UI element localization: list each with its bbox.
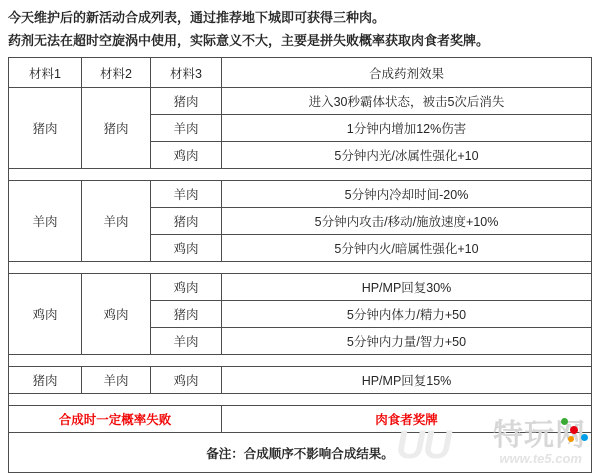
synthesis-table: 材料1 材料2 材料3 合成药剂效果 猪肉 猪肉 猪肉 进入30秒霸体状态，被击…: [8, 57, 592, 473]
mixed-mat3: 鸡肉: [151, 367, 222, 394]
group3-row2-effect: 5分钟内体力/精力+50: [222, 301, 592, 328]
spacer-row: [9, 169, 592, 181]
group2-row3-mat3: 鸡肉: [151, 235, 222, 262]
group2-row1-effect: 5分钟内冷却时间-20%: [222, 181, 592, 208]
group2-row1-mat3: 羊肉: [151, 181, 222, 208]
intro-line-2: 药剂无法在超时空旋涡中使用，实际意义不大，主要是拼失败概率获取肉食者奖牌。: [8, 29, 592, 52]
group2-mat1: 羊肉: [9, 181, 82, 262]
spacer-row: [9, 394, 592, 406]
spacer-row: [9, 355, 592, 367]
group3-mat2: 鸡肉: [82, 274, 151, 355]
group3-mat1: 鸡肉: [9, 274, 82, 355]
table-row: 羊肉 羊肉 羊肉 5分钟内冷却时间-20%: [9, 181, 592, 208]
mixed-mat2: 羊肉: [82, 367, 151, 394]
table-row-mixed: 猪肉 羊肉 鸡肉 HP/MP回复15%: [9, 367, 592, 394]
group2-row2-mat3: 猪肉: [151, 208, 222, 235]
group1-row2-effect: 1分钟内增加12%伤害: [222, 115, 592, 142]
header-effect: 合成药剂效果: [222, 58, 592, 88]
group1-row3-effect: 5分钟内光/冰属性强化+10: [222, 142, 592, 169]
article-page: 今天维护后的新活动合成列表，通过推荐地下城即可获得三种肉。 药剂无法在超时空旋涡…: [0, 0, 600, 474]
group3-row3-effect: 5分钟内力量/智力+50: [222, 328, 592, 355]
spacer-row: [9, 262, 592, 274]
group2-mat2: 羊肉: [82, 181, 151, 262]
mixed-effect: HP/MP回复15%: [222, 367, 592, 394]
group1-row2-mat3: 羊肉: [151, 115, 222, 142]
intro-paragraph: 今天维护后的新活动合成列表，通过推荐地下城即可获得三种肉。 药剂无法在超时空旋涡…: [8, 6, 592, 52]
group2-row3-effect: 5分钟内火/暗属性强化+10: [222, 235, 592, 262]
group3-row3-mat3: 羊肉: [151, 328, 222, 355]
note-row: 备注：合成顺序不影响合成结果。: [9, 433, 592, 473]
group3-row2-mat3: 猪肉: [151, 301, 222, 328]
table-row: 猪肉 猪肉 猪肉 进入30秒霸体状态，被击5次后消失: [9, 88, 592, 115]
header-material2: 材料2: [82, 58, 151, 88]
fail-row: 合成时一定概率失败 肉食者奖牌: [9, 406, 592, 433]
fail-label: 合成时一定概率失败: [9, 406, 222, 433]
group1-row3-mat3: 鸡肉: [151, 142, 222, 169]
group3-row1-effect: HP/MP回复30%: [222, 274, 592, 301]
header-material1: 材料1: [9, 58, 82, 88]
group1-mat1: 猪肉: [9, 88, 82, 169]
group3-row1-mat3: 鸡肉: [151, 274, 222, 301]
note-text: 备注：合成顺序不影响合成结果。: [9, 433, 592, 473]
table-header-row: 材料1 材料2 材料3 合成药剂效果: [9, 58, 592, 88]
mixed-mat1: 猪肉: [9, 367, 82, 394]
group2-row2-effect: 5分钟内攻击/移动/施放速度+10%: [222, 208, 592, 235]
group1-mat2: 猪肉: [82, 88, 151, 169]
group1-row1-effect: 进入30秒霸体状态，被击5次后消失: [222, 88, 592, 115]
fail-reward: 肉食者奖牌: [222, 406, 592, 433]
group1-row1-mat3: 猪肉: [151, 88, 222, 115]
header-material3: 材料3: [151, 58, 222, 88]
table-row: 鸡肉 鸡肉 鸡肉 HP/MP回复30%: [9, 274, 592, 301]
intro-line-1: 今天维护后的新活动合成列表，通过推荐地下城即可获得三种肉。: [8, 6, 592, 29]
